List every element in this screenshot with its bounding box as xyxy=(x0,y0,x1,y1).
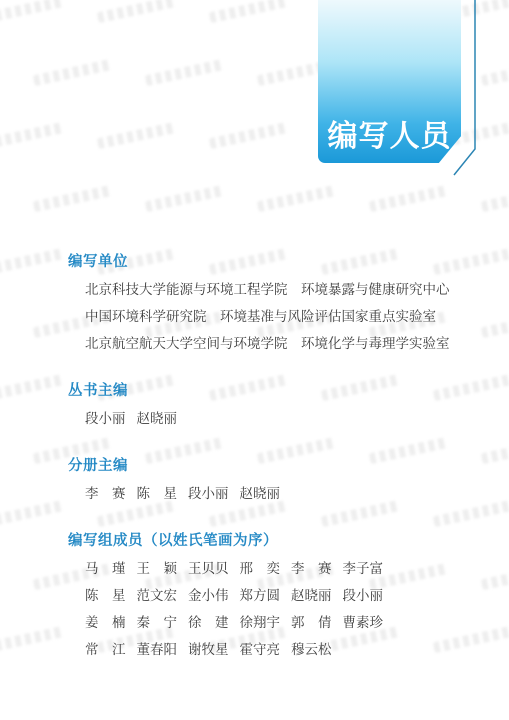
members-row: 常 江董春阳谢牧星霍守亮穆云松 xyxy=(85,636,450,663)
page-content: 编写单位 北京科技大学能源与环境工程学院 环境暴露与健康研究中心 中国环境科学研… xyxy=(68,253,450,663)
watermark-smudge xyxy=(0,248,65,275)
person-name: 马 瑾 xyxy=(85,555,126,582)
members-list: 马 瑾王 颖王贝贝邢 奕李 赛李子富 陈 星范文宏金小伟郑方圆赵晓丽段小丽 姜 … xyxy=(85,555,450,663)
person-name: 陈 星 xyxy=(137,480,178,507)
person-name: 段小丽 xyxy=(343,582,384,609)
person-name: 郭 倩 xyxy=(291,609,332,636)
watermark-smudge xyxy=(0,626,65,653)
series-editor-names: 段小丽赵晓丽 xyxy=(85,405,450,432)
watermark-smudge xyxy=(97,0,178,23)
person-name: 李 赛 xyxy=(291,555,332,582)
watermark-smudge xyxy=(257,185,338,212)
watermark-smudge xyxy=(209,122,290,149)
watermark-smudge xyxy=(209,0,290,23)
person-name: 秦 宁 xyxy=(137,609,178,636)
watermark-smudge xyxy=(145,59,226,86)
unit-line: 北京科技大学能源与环境工程学院 环境暴露与健康研究中心 xyxy=(85,276,450,303)
volume-editors-heading: 分册主编 xyxy=(68,457,450,475)
members-heading: 编写组成员（以姓氏笔画为序） xyxy=(68,532,450,550)
person-name: 段小丽 xyxy=(85,405,126,432)
watermark-smudge xyxy=(33,185,114,212)
person-name: 谢牧星 xyxy=(188,636,229,663)
watermark-smudge xyxy=(481,563,509,590)
badge-title: 编写人员 xyxy=(328,122,452,163)
person-name: 徐翔宇 xyxy=(240,609,281,636)
unit-line: 北京航空航天大学空间与环境学院 环境化学与毒理学实验室 xyxy=(85,330,450,357)
person-name: 李子富 xyxy=(343,555,384,582)
person-name: 赵晓丽 xyxy=(291,582,332,609)
units-heading: 编写单位 xyxy=(68,253,450,271)
person-name: 董春阳 xyxy=(137,636,178,663)
book-front-matter-page: 编写人员 编写单位 北京科技大学能源与环境工程学院 环境暴露与健康研究中心 中国… xyxy=(0,0,509,720)
person-name: 金小伟 xyxy=(188,582,229,609)
members-row: 陈 星范文宏金小伟郑方圆赵晓丽段小丽 xyxy=(85,582,450,609)
watermark-smudge xyxy=(145,185,226,212)
members-row: 马 瑾王 颖王贝贝邢 奕李 赛李子富 xyxy=(85,555,450,582)
watermark-smudge xyxy=(369,185,450,212)
person-name: 李 赛 xyxy=(85,480,126,507)
person-name: 霍守亮 xyxy=(240,636,281,663)
person-name: 郑方圆 xyxy=(240,582,281,609)
unit-line: 中国环境科学研究院 环境基准与风险评估国家重点实验室 xyxy=(85,303,450,330)
watermark-smudge xyxy=(97,122,178,149)
person-name: 王贝贝 xyxy=(188,555,229,582)
person-name: 赵晓丽 xyxy=(240,480,281,507)
section-badge: 编写人员 xyxy=(318,0,461,163)
units-list: 北京科技大学能源与环境工程学院 环境暴露与健康研究中心 中国环境科学研究院 环境… xyxy=(85,276,450,357)
watermark-smudge xyxy=(0,500,65,527)
section-members: 编写组成员（以姓氏笔画为序） 马 瑾王 颖王贝贝邢 奕李 赛李子富 陈 星范文宏… xyxy=(68,532,450,663)
series-editors-heading: 丛书主编 xyxy=(68,382,450,400)
person-name: 范文宏 xyxy=(137,582,178,609)
person-name: 姜 楠 xyxy=(85,609,126,636)
section-volume-editors: 分册主编 李 赛陈 星段小丽赵晓丽 xyxy=(68,457,450,507)
section-series-editors: 丛书主编 段小丽赵晓丽 xyxy=(68,382,450,432)
person-name: 徐 建 xyxy=(188,609,229,636)
watermark-smudge xyxy=(33,59,114,86)
volume-editor-names: 李 赛陈 星段小丽赵晓丽 xyxy=(85,480,450,507)
section-units: 编写单位 北京科技大学能源与环境工程学院 环境暴露与健康研究中心 中国环境科学研… xyxy=(68,253,450,357)
watermark-smudge xyxy=(0,374,65,401)
watermark-smudge xyxy=(481,311,509,338)
person-name: 常 江 xyxy=(85,636,126,663)
watermark-smudge xyxy=(481,437,509,464)
person-name: 曹素珍 xyxy=(343,609,384,636)
watermark-smudge xyxy=(0,0,65,23)
members-row: 姜 楠秦 宁徐 建徐翔宇郭 倩曹素珍 xyxy=(85,609,450,636)
person-name: 邢 奕 xyxy=(240,555,281,582)
person-name: 段小丽 xyxy=(188,480,229,507)
person-name: 赵晓丽 xyxy=(137,405,178,432)
person-name: 陈 星 xyxy=(85,582,126,609)
watermark-smudge xyxy=(0,122,65,149)
person-name: 王 颖 xyxy=(137,555,178,582)
person-name: 穆云松 xyxy=(291,636,332,663)
